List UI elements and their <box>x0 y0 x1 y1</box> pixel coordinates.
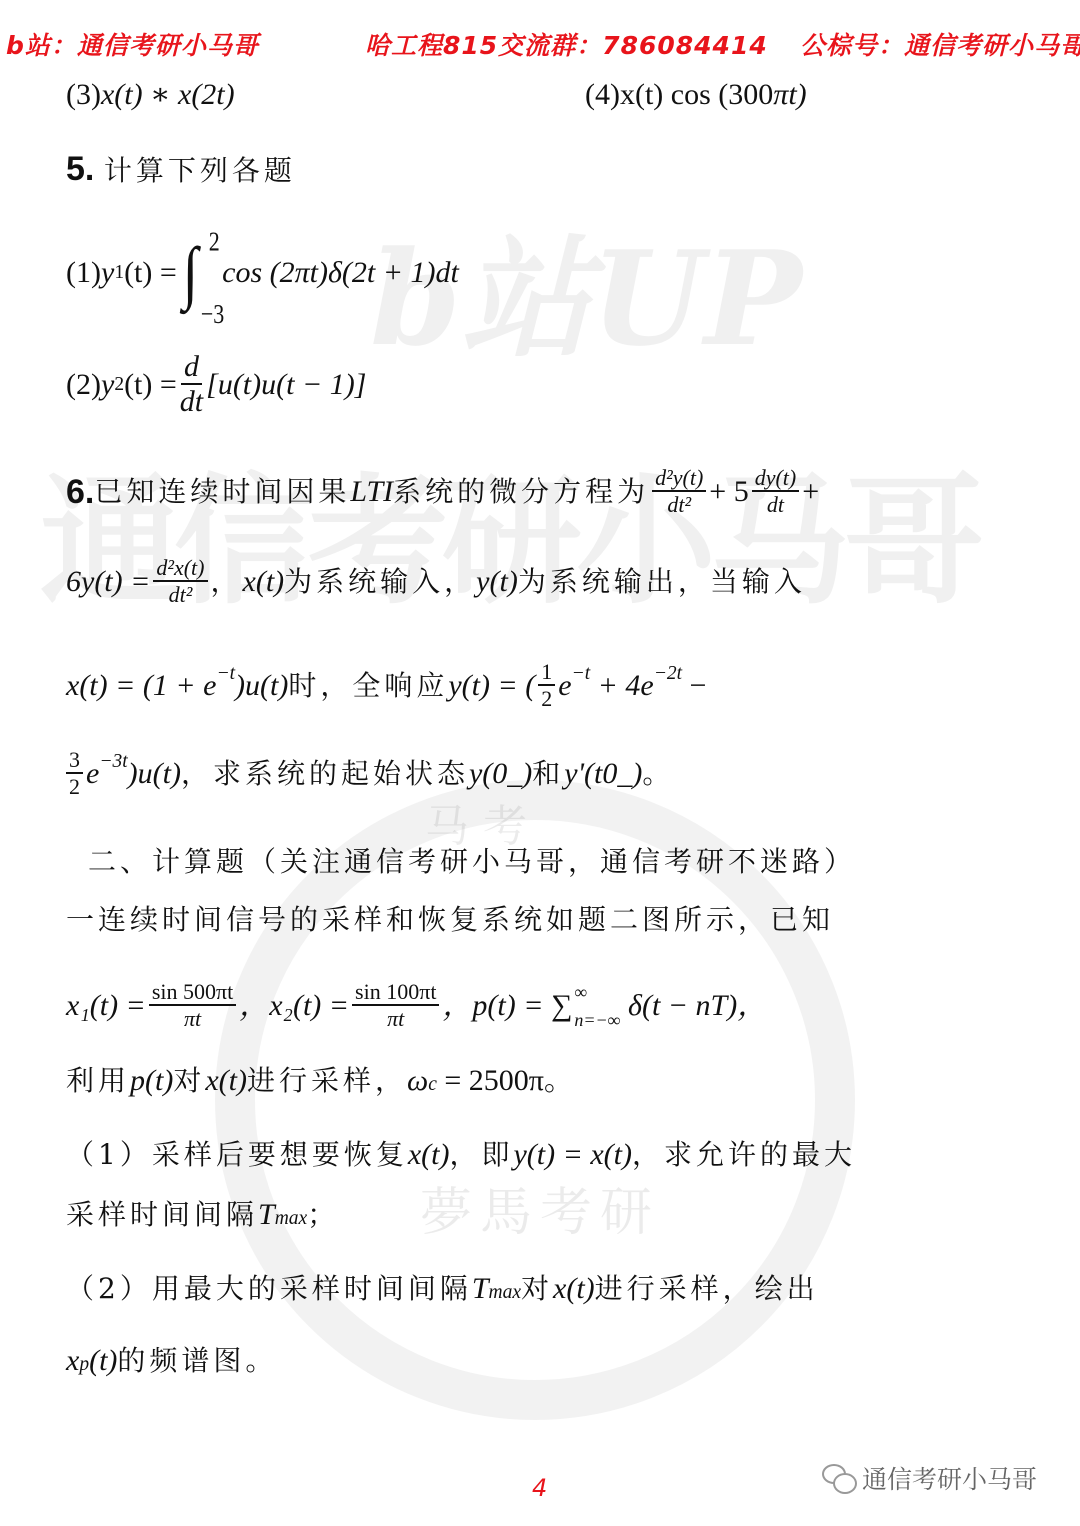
footer-brand: 通信考研小马哥 <box>822 1460 1037 1496</box>
problem4-item4: (4)x(t) cos (300πt) <box>585 80 807 110</box>
integral-sign: ∫2−3 <box>183 238 198 308</box>
header-official-account: 公棕号：通信考研小马哥 <box>800 26 1080 62</box>
section2-heading: 二、计算题（关注通信考研小马哥，通信考研不迷路） <box>88 848 856 876</box>
watermark-seal-center: 夢馬考研 <box>420 1170 660 1245</box>
problem5-item2: (2)y2(t) = ddt [u(t)u(t − 1)] <box>66 350 366 420</box>
problem5-title: 计算下列各题 <box>104 154 296 187</box>
section2-signals: x₁(t) = sin 500πtπt ，x₂(t) = sin 100πtπt… <box>66 980 767 1031</box>
problem6-line3: x(t) = (1 + e−t)u(t) 时，全响应 y(t) = ( 12 e… <box>66 660 706 711</box>
section2-question1: （1）采样后要想要恢复x(t)，即y(t) = x(t)，求允许的最大 <box>66 1140 856 1170</box>
problem5-number: 5. <box>66 150 94 188</box>
problem6-line2: 6y(t) = d²x(t)dt² ，x(t)为系统输入，y(t)为系统输出，当… <box>66 556 806 607</box>
section2-intro: 一连续时间信号的采样和恢复系统如题二图所示，已知 <box>66 906 834 934</box>
page-number: 4 <box>532 1474 547 1502</box>
problem5-item1: (1)y1(t) = ∫2−3 cos (2πt)δ(2t + 1)dt <box>66 228 459 318</box>
section2-sampling: 利用p(t)对x(t)进行采样，ωc = 2500π。 <box>66 1066 574 1096</box>
footer-brand-label: 通信考研小马哥 <box>862 1460 1037 1496</box>
header-bilibili: b站：通信考研小马哥 <box>6 26 259 62</box>
wechat-icon <box>822 1464 854 1492</box>
section2-question1-cont: 采样时间间隔Tmax； <box>66 1200 339 1230</box>
problem6-line4: 32 e−3t)u(t) ，求系统的起始状态y(0_)和y'(t0_)。 <box>66 748 674 799</box>
problem6-number: 6. <box>66 475 94 509</box>
section2-question2: （2）用最大的采样时间间隔Tmax对x(t)进行采样，绘出 <box>66 1274 819 1304</box>
problem5-heading: 5. 计算下列各题 <box>66 152 296 186</box>
derivative-fraction: ddt <box>180 350 203 420</box>
problem4-item3: (3)x(t) ∗ x(2t) <box>66 80 235 110</box>
header-group: 哈工程815交流群：786084414 <box>365 26 768 62</box>
section2-question2-cont: xp(t)的频谱图。 <box>66 1346 277 1376</box>
problem6-line1: 6. 已知连续时间因果LTI系统的微分方程为 d²y(t)dt² + 5 dy(… <box>66 466 819 517</box>
